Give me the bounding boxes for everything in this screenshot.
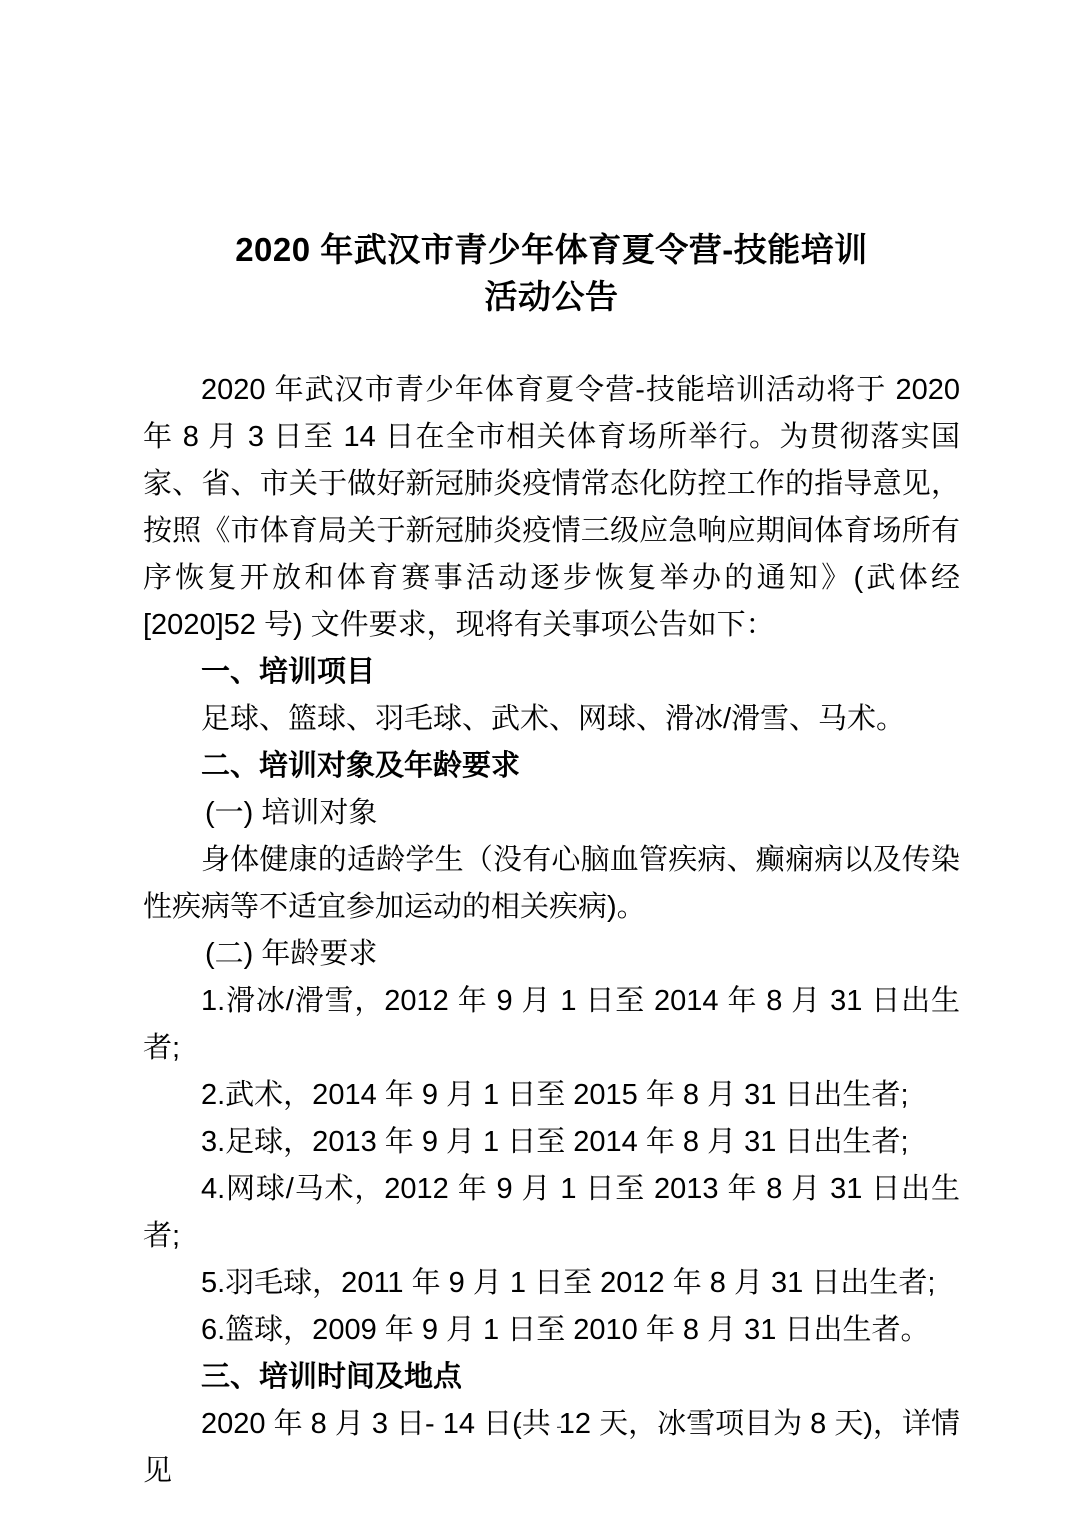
subsection-heading-2-2: (二) 年龄要求 [143, 931, 960, 978]
age-requirement-item-6: 6.篮球，2009 年 9 月 1 日至 2010 年 8 月 31 日出生者。 [143, 1307, 960, 1354]
title-body-spacer [143, 320, 960, 367]
age-requirement-item-5: 5.羽毛球，2011 年 9 月 1 日至 2012 年 8 月 31 日出生者… [143, 1260, 960, 1307]
paragraph-training-items: 足球、篮球、羽毛球、武术、网球、滑冰/滑雪、马术。 [143, 696, 960, 743]
section-heading-3: 三、培训时间及地点 [143, 1354, 960, 1401]
age-requirement-item-2: 2.武术，2014 年 9 月 1 日至 2015 年 8 月 31 日出生者; [143, 1072, 960, 1119]
paragraph-training-target: 身体健康的适龄学生（没有心脑血管疾病、癫痫病以及传染性疾病等不适宜参加运动的相关… [143, 837, 960, 931]
document-title-line1: 2020 年武汉市青少年体育夏令营-技能培训 [143, 226, 960, 273]
document-content: 2020 年武汉市青少年体育夏令营-技能培训 活动公告 2020 年武汉市青少年… [143, 226, 960, 1495]
age-requirement-item-3: 3.足球，2013 年 9 月 1 日至 2014 年 8 月 31 日出生者; [143, 1119, 960, 1166]
document-page: 2020 年武汉市青少年体育夏令营-技能培训 活动公告 2020 年武汉市青少年… [0, 0, 1080, 1527]
age-requirement-item-4: 4.网球/马术，2012 年 9 月 1 日至 2013 年 8 月 31 日出… [143, 1166, 960, 1260]
section-heading-1: 一、培训项目 [143, 649, 960, 696]
section-heading-2: 二、培训对象及年龄要求 [143, 743, 960, 790]
paragraph-intro: 2020 年武汉市青少年体育夏令营-技能培训活动将于 2020 年 8 月 3 … [143, 367, 960, 649]
document-title: 2020 年武汉市青少年体育夏令营-技能培训 活动公告 [143, 226, 960, 320]
age-requirement-item-1: 1.滑冰/滑雪，2012 年 9 月 1 日至 2014 年 8 月 31 日出… [143, 978, 960, 1072]
subsection-heading-2-1: (一) 培训对象 [143, 790, 960, 837]
page-number-footer: - 一 - [0, 1412, 1080, 1437]
document-title-line2: 活动公告 [143, 273, 960, 320]
